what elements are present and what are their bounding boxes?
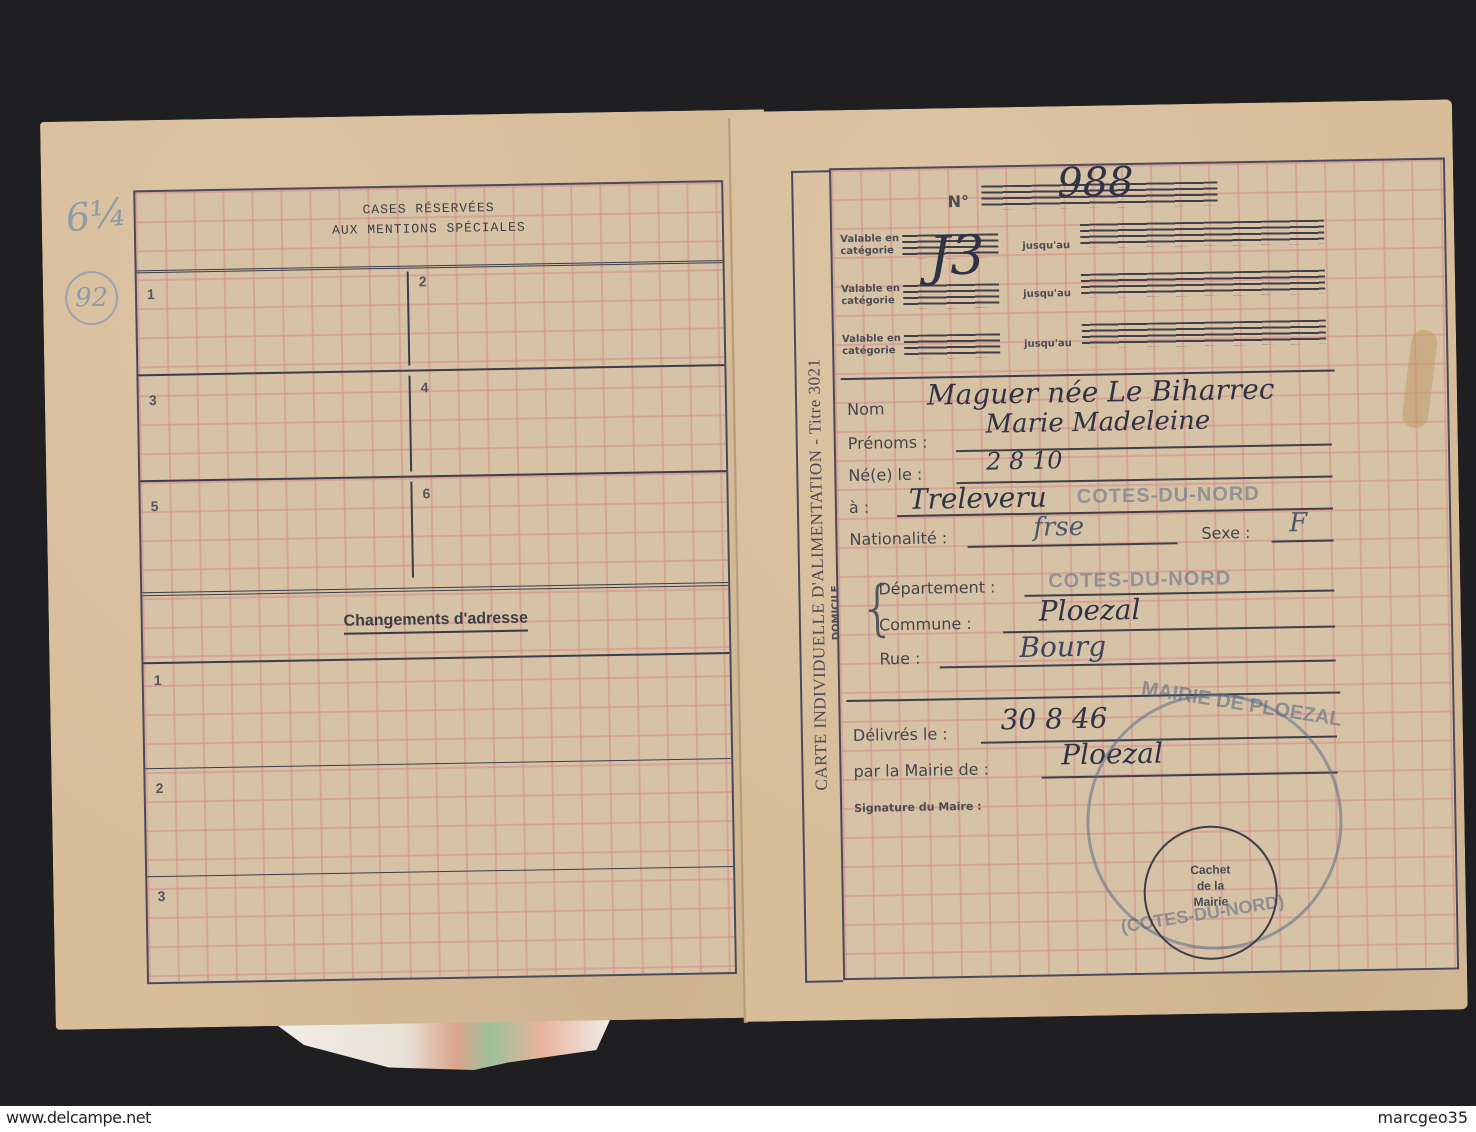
- watermark-seller: marcgeo35: [1377, 1108, 1468, 1127]
- card-title-vertical: CARTE INDIVIDUELLE D'ALIMENTATION - Titr…: [793, 170, 843, 979]
- nationalite-value: frse: [1033, 512, 1084, 543]
- nationalite-label: Nationalité :: [849, 528, 947, 549]
- domicile-side-label: DOMICILE: [830, 585, 842, 640]
- rue-value: Bourg: [1019, 630, 1106, 665]
- header-line-2: AUX MENTIONS SPÉCIALES: [136, 216, 722, 241]
- category-label-1: Valable encatégorie: [840, 233, 899, 258]
- ration-card-frame: CARTE INDIVIDUELLE D'ALIMENTATION - Titr…: [829, 158, 1459, 981]
- commune-value: Ploezal: [1038, 593, 1140, 628]
- category-label-2: Valable encatégorie: [841, 283, 900, 308]
- birthplace-value: Treleveru: [909, 481, 1048, 516]
- until-lines-1: [1080, 220, 1324, 248]
- address-changes-title: Changements d'adresse: [143, 606, 729, 634]
- special-row-1: 1 2: [137, 262, 725, 376]
- rue-line: [940, 660, 1336, 669]
- until-label-3: jusqu'au: [1024, 338, 1072, 351]
- special-mentions-header: CASES RÉSERVÉES AUX MENTIONS SPÉCIALES: [135, 182, 722, 273]
- nom-value: Maguer née Le Biharrec: [927, 373, 1275, 412]
- special-row-3: 5 6: [140, 472, 728, 596]
- ne-value: 2 8 10: [986, 446, 1063, 475]
- card-number: 988: [1057, 159, 1134, 206]
- box-divider: [407, 272, 411, 366]
- address-row-number: 2: [156, 780, 164, 796]
- address-row-number: 1: [154, 672, 162, 688]
- divider: [143, 652, 729, 664]
- cachet-text: Mairie: [1146, 893, 1276, 911]
- box-number: 1: [147, 286, 155, 302]
- signature-label: Signature du Maire :: [854, 800, 982, 815]
- address-row-number: 3: [157, 888, 165, 904]
- special-row-2: 3 4: [138, 366, 726, 482]
- box-number: 4: [421, 379, 429, 395]
- a-label: à :: [849, 498, 870, 517]
- departement-stamp: COTES-DU-NORD: [1048, 567, 1231, 593]
- until-lines-2: [1081, 270, 1325, 298]
- box-number: 6: [422, 485, 430, 501]
- commune-label: Commune :: [879, 614, 972, 635]
- until-label-1: jusqu'au: [1022, 240, 1070, 253]
- box-divider: [408, 376, 412, 472]
- box-number: 5: [151, 498, 159, 514]
- birthplace-dept-stamp: COTES-DU-NORD: [1077, 483, 1260, 509]
- box-number: 2: [419, 273, 427, 289]
- sexe-line: [1272, 540, 1334, 543]
- nom-label: Nom: [847, 399, 885, 419]
- sexe-label: Sexe :: [1201, 523, 1250, 543]
- delivre-value: 30 8 46: [1000, 702, 1107, 737]
- category-value: J3: [928, 224, 985, 288]
- until-label-2: jusqu'au: [1023, 288, 1071, 301]
- mairie-label: par la Mairie de :: [853, 760, 989, 781]
- prenoms-value: Marie Madeleine: [985, 406, 1210, 440]
- prenoms-label: Prénoms :: [848, 433, 928, 453]
- until-lines-3: [1082, 320, 1326, 348]
- watermark-site: www.delcampe.net: [6, 1108, 151, 1127]
- divider: [145, 758, 731, 769]
- pencil-note-top: 6¼: [63, 189, 129, 240]
- number-label: N°: [947, 192, 969, 211]
- category-lines-3: [904, 333, 1000, 359]
- left-page: 6¼ 92 CASES RÉSERVÉES AUX MENTIONS SPÉCI…: [40, 109, 780, 1029]
- delivre-label: Délivrés le :: [853, 724, 948, 745]
- nationalite-line: [968, 542, 1178, 548]
- special-mentions-frame: CASES RÉSERVÉES AUX MENTIONS SPÉCIALES 1…: [133, 180, 737, 984]
- category-lines-2: [903, 283, 999, 309]
- sexe-value: F: [1289, 508, 1308, 538]
- category-label-3: Valable encatégorie: [842, 333, 901, 358]
- pencil-note-circled: 92: [65, 271, 119, 326]
- departement-label: Département :: [878, 577, 995, 598]
- divider: [147, 866, 733, 877]
- rue-label: Rue :: [879, 649, 920, 669]
- right-page: CARTE INDIVIDUELLE D'ALIMENTATION - Titr…: [730, 99, 1468, 1021]
- box-number: 3: [149, 392, 157, 408]
- box-divider: [410, 482, 414, 578]
